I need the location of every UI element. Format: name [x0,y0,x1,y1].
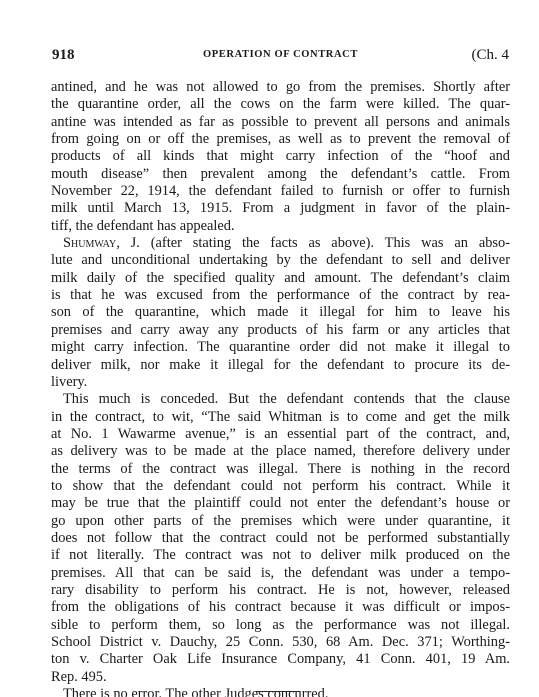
paragraph-analysis: This much is conceded. But the defendant… [51,391,510,686]
section-end-rule [256,691,300,692]
text-line: mouth disease” then prevalent among the … [51,166,510,183]
text-line: if not literally. The contract was not t… [51,547,510,564]
text-line: November 22, 1914, the defendant failed … [51,183,510,200]
text-line: lute and unconditional undertaking by th… [51,252,510,269]
text-line: premises and carry away any products of … [51,322,510,339]
paragraph-opinion: Shumway, J. (after stating the facts as … [51,235,510,391]
paragraph-facts: antined, and he was not allowed to go fr… [51,79,510,235]
chapter-reference: (Ch. 4 [472,47,510,64]
text-line: from going on or off the premises, as we… [51,131,510,148]
text-line: go upon other parts of the premises whic… [51,513,510,530]
text-line: the terms of the contract was illegal. T… [51,461,510,478]
text-line: sible to perform them, so long as the pe… [51,617,510,634]
running-head: Operation of Contract [52,49,509,60]
text-fragment: (after stating the facts as above). This… [140,235,510,251]
text-line: might carry infection. The quarantine or… [51,339,510,356]
text-line: in the contract, to wit, “The said Whitm… [51,409,510,426]
text-line: Shumway, J. (after stating the facts as … [51,235,510,252]
text-line: milk until March 13, 1915. From a judgme… [51,200,510,217]
judge-name: Shumway, J. [63,235,140,251]
text-line: son of the quarantine, which made it ill… [51,304,510,321]
text-line: from the obligations of his contract bec… [51,599,510,616]
text-line: This much is conceded. But the defendant… [51,391,510,408]
text-line: antine was intended as far as possible t… [51,114,510,131]
citation-line: ton v. Charter Oak Life Insurance Compan… [51,651,510,668]
text-line: tiff, the defendant has appealed. [51,218,510,235]
text-line: premises. All that can be said is, the d… [51,565,510,582]
text-line: to show that the defendant could not per… [51,478,510,495]
text-line: milk daily of the specified quality and … [51,270,510,287]
text-line: livery. [51,374,510,391]
text-line: the quarantine order, all the cows on th… [51,96,510,113]
body-text: antined, and he was not allowed to go fr… [51,79,510,697]
text-line: deliver milk, nor make it illegal for th… [51,357,510,374]
text-line: does not follow that the contract could … [51,530,510,547]
text-line: as delivery was to be made at the place … [51,443,510,460]
text-line: products of all kinds that might carry i… [51,148,510,165]
citation-line: School District v. Dauchy, 25 Conn. 530,… [51,634,510,651]
text-line: is that he was excused from the performa… [51,287,510,304]
page-header: 918 Operation of Contract (Ch. 4 [52,47,509,65]
citation-line: Rep. 495. [51,669,510,686]
text-line: rary disability to perform his contract.… [51,582,510,599]
text-line: may be true that the plaintiff could not… [51,495,510,512]
text-line: antined, and he was not allowed to go fr… [51,79,510,96]
text-line: at No. 1 Wawarme avenue,” is an essentia… [51,426,510,443]
